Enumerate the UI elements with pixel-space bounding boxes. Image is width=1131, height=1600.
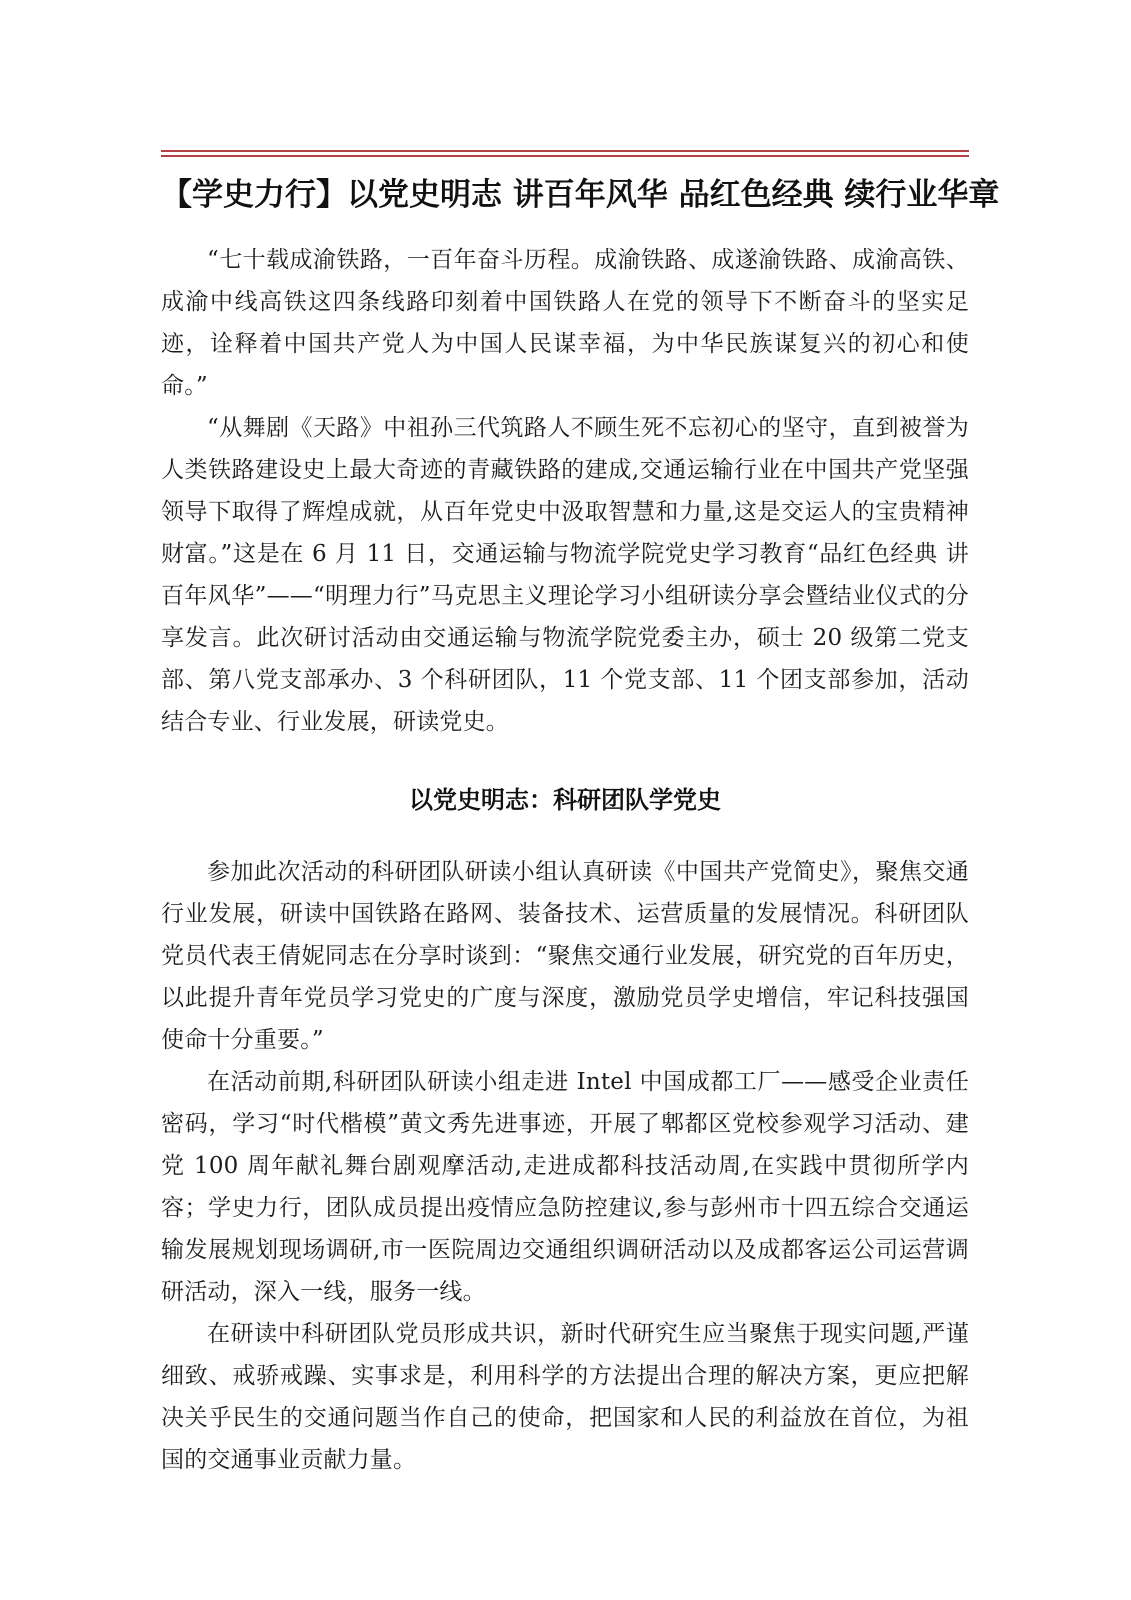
document-title: 【学史力行】以党史明志 讲百年风华 品红色经典 续行业华章 <box>161 173 969 217</box>
section-paragraph-3: 在研读中科研团队党员形成共识，新时代研究生应当聚焦于现实问题,严谨细致、戒骄戒躁… <box>161 1313 969 1481</box>
title-divider-line <box>161 150 969 157</box>
intro-paragraph-1: “七十载成渝铁路，一百年奋斗历程。成渝铁路、成遂渝铁路、成渝高铁、成渝中线高铁这… <box>161 239 969 407</box>
section-paragraph-1: 参加此次活动的科研团队研读小组认真研读《中国共产党简史》，聚焦交通行业发展，研读… <box>161 851 969 1061</box>
document-content: 【学史力行】以党史明志 讲百年风华 品红色经典 续行业华章 “七十载成渝铁路，一… <box>161 150 969 1481</box>
intro-paragraph-2: “从舞剧《天路》中祖孙三代筑路人不顾生死不忘初心的坚守，直到被誉为人类铁路建设史… <box>161 407 969 743</box>
section-paragraph-2: 在活动前期,科研团队研读小组走进 Intel 中国成都工厂——感受企业责任密码，… <box>161 1061 969 1313</box>
section-heading: 以党史明志：科研团队学党史 <box>161 779 969 821</box>
document-page: 【学史力行】以党史明志 讲百年风华 品红色经典 续行业华章 “七十载成渝铁路，一… <box>0 0 1131 1600</box>
